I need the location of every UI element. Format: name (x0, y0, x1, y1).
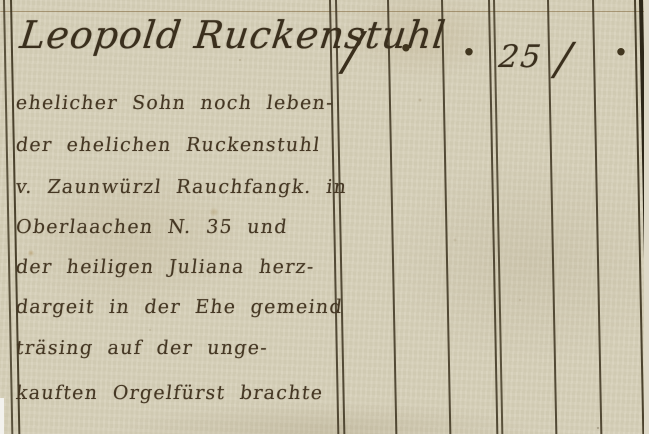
entry-line-3: v. Zaunwürzl Rauchfangk. in (15, 176, 349, 199)
column-rule-2 (441, 0, 451, 434)
entry-line-2: der ehelichen Ruckenstuhl (15, 134, 322, 157)
entry-line-5: der heiligen Juliana herz- (15, 256, 316, 279)
name-flourish-slash: / (342, 26, 363, 78)
entry-line-7: träsing auf der unge- (15, 337, 270, 360)
entry-line-4: Oberlaachen N. 35 und (15, 216, 290, 239)
top-rule (0, 11, 649, 12)
manuscript-scan: Leopold Ruckenstuhl / ehelicher Sohn noc… (0, 0, 649, 434)
entry-line-1: ehelicher Sohn noch leben- (15, 92, 336, 115)
column-rule-1 (387, 0, 397, 434)
entry-line-8: kauften Orgelfürst brachte (15, 382, 325, 405)
entry-name: Leopold Ruckenstuhl (18, 16, 448, 54)
entry-line-6: dargeit in der Ehe gemeind (15, 296, 345, 319)
scan-edge-bottom-left (0, 398, 4, 434)
column-value-amount: 25 (497, 42, 544, 73)
column-rule-5 (592, 0, 602, 434)
scan-edge-right (644, 0, 649, 434)
